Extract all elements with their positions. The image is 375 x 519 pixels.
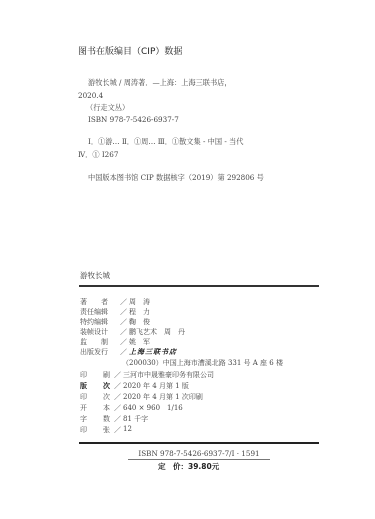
credit-row-publisher: 出版发行／上海三联书店 [80, 347, 177, 357]
cip-series: （行走文丛） [86, 103, 129, 113]
credit-label: 装帧设计 [80, 327, 118, 337]
credit-value: 程 力 [129, 307, 150, 317]
isbn-full: ISBN 978-7-5426-6937-7/I · 1591 [128, 449, 270, 460]
cip-entry-line-2: 2020.4 [78, 91, 103, 100]
credit-label: 著 者 [80, 297, 118, 307]
credit-label: 责任编辑 [80, 307, 118, 317]
print-row-printer: 印刷／三河市中晟雅豪印务有限公司 [80, 370, 214, 380]
print-value: 640 × 960 1/16 [123, 403, 183, 413]
publisher-logo: 上海三联书店 [129, 347, 177, 357]
print-value: 12 [123, 425, 132, 435]
price-value: 39.80元 [188, 462, 219, 471]
cip-heading: 图书在版编目（CIP）数据 [78, 44, 182, 57]
print-value: 2020 年 4 月第 1 次印刷 [123, 392, 203, 402]
print-row-sheets: 印张／12 [80, 425, 132, 435]
top-rule-divider [79, 285, 319, 287]
credit-row-supervisor: 监 制／姚 军 [80, 337, 150, 347]
credit-row-design: 装帧设计／鹏飞艺术 周 丹 [80, 327, 185, 337]
credit-label: 监 制 [80, 337, 118, 347]
print-value: 2020 年 4 月第 1 版 [123, 381, 189, 391]
print-row-word-count: 字数／81 千字 [80, 414, 148, 424]
credit-value: 鹏飞艺术 周 丹 [129, 327, 185, 337]
print-row-impression: 印次／2020 年 4 月第 1 次印刷 [80, 392, 203, 402]
cip-subjects-line-2: Ⅳ．① I267 [78, 150, 118, 160]
cip-entry-line-1: 游牧长城 / 周涛著．—上海：上海三联书店， [88, 78, 232, 88]
print-value: 三河市中晟雅豪印务有限公司 [123, 370, 214, 380]
cip-subjects-line-1: Ⅰ．①游… Ⅱ．①周… Ⅲ．①散文集 - 中国 - 当代 [88, 137, 243, 147]
print-row-format: 开本／640 × 960 1/16 [80, 403, 183, 413]
publisher-address: （200030）中国上海市漕溪北路 331 号 A 座 6 楼 [122, 358, 283, 368]
credit-value: 鞠 俊 [129, 317, 150, 327]
cip-isbn: ISBN 978-7-5426-6937-7 [88, 115, 179, 124]
print-value: 81 千字 [123, 414, 148, 424]
price-label: 定 价： [158, 462, 188, 471]
credit-row-editor: 责任编辑／程 力 [80, 307, 150, 317]
cip-number: 中国版本图书馆 CIP 数据核字（2019）第 292806 号 [88, 173, 264, 183]
credit-row-special-editor: 特约编辑／鞠 俊 [80, 317, 150, 327]
bottom-rule-divider [79, 442, 319, 444]
price: 定 价：39.80元 [158, 461, 219, 472]
credit-row-author: 著 者／周 涛 [80, 297, 150, 307]
credit-label: 特约编辑 [80, 317, 118, 327]
credit-label: 出版发行 [80, 347, 118, 357]
credit-value: 周 涛 [129, 297, 150, 307]
book-title: 游牧长城 [80, 270, 110, 281]
print-row-edition: 版次／2020 年 4 月第 1 版 [80, 381, 189, 391]
credit-value: 姚 军 [129, 337, 150, 347]
